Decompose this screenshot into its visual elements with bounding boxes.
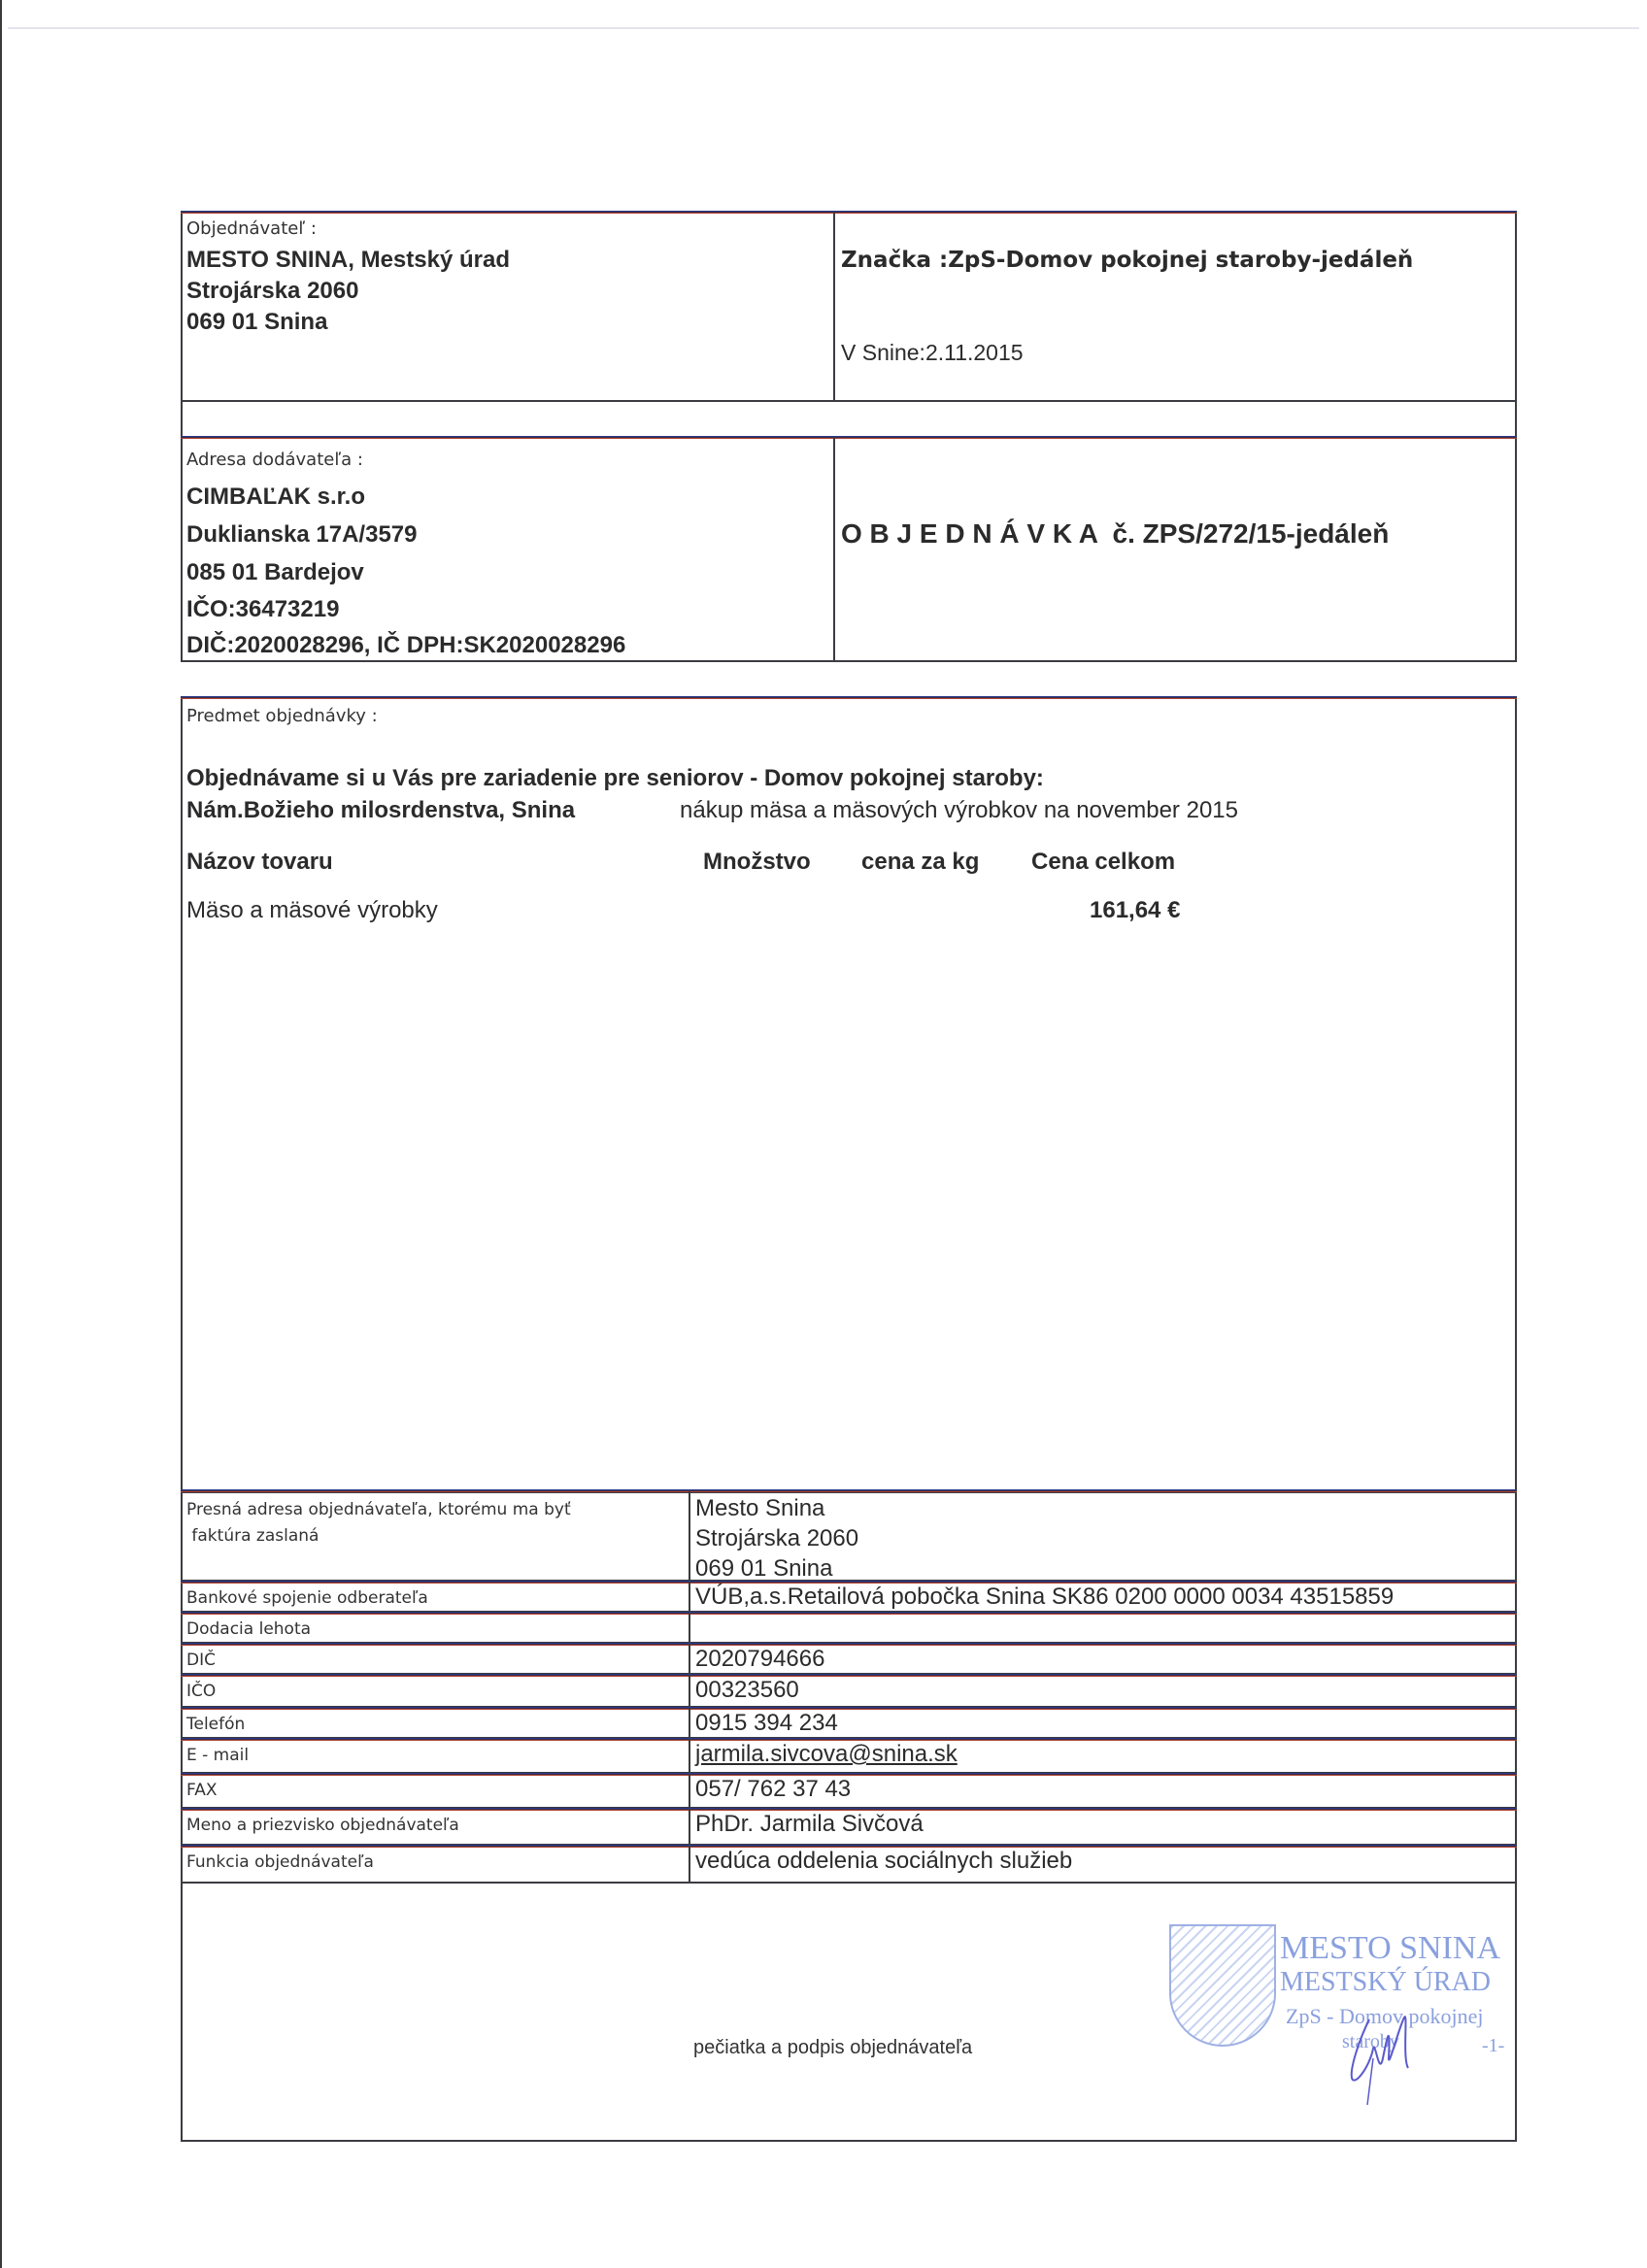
label-fax: FAX bbox=[186, 1781, 218, 1800]
value-meno-a-priezvisko-objednavatela: PhDr. Jarmila Sivčová bbox=[695, 1811, 924, 1838]
invoice-address-row-rule bbox=[181, 1489, 1517, 1492]
supplier-section bbox=[181, 437, 1517, 662]
row-dodacia-lehota-rule bbox=[181, 1612, 1517, 1615]
row-dic bbox=[181, 1644, 1517, 1675]
label-funkcia-objednavatela: Funkcia objednávateľa bbox=[186, 1852, 374, 1872]
stamp-line-1: MESTO SNINA bbox=[1280, 1930, 1500, 1967]
label-meno-a-priezvisko-objednavatela: Meno a priezvisko objednávateľa bbox=[186, 1816, 459, 1835]
order-mark: Značka :ZpS-Domov pokojnej staroby-jedál… bbox=[841, 248, 1413, 273]
row-telefon-rule bbox=[181, 1707, 1517, 1710]
orderer-city: 069 01 Snina bbox=[186, 309, 327, 336]
supplier-dic: DIČ:2020028296, IČ DPH:SK2020028296 bbox=[186, 632, 625, 659]
supplier-label: Adresa dodávateľa : bbox=[186, 450, 363, 470]
invoice-address-line: 069 01 Snina bbox=[695, 1555, 832, 1583]
row-dic-rule bbox=[181, 1643, 1517, 1646]
orderer-divider bbox=[833, 212, 835, 402]
column-unit-price: cena za kg bbox=[861, 849, 979, 876]
value-dic: 2020794666 bbox=[695, 1646, 824, 1673]
label-dodacia-lehota: Dodacia lehota bbox=[186, 1619, 311, 1639]
supplier-city: 085 01 Bardejov bbox=[186, 559, 364, 586]
row-fax-divider bbox=[689, 1774, 690, 1809]
value-funkcia-objednavatela: vedúca oddelenia sociálnych služieb bbox=[695, 1848, 1072, 1875]
signature-caption: pečiatka a podpis objednávateľa bbox=[693, 2037, 972, 2059]
orderer-top-rule bbox=[181, 211, 1517, 214]
column-total: Cena celkom bbox=[1031, 849, 1175, 876]
coat-of-arms-icon bbox=[1169, 1924, 1276, 2047]
stamp-line-2: MESTSKÝ ÚRAD bbox=[1280, 1967, 1491, 1998]
value-telefon: 0915 394 234 bbox=[695, 1710, 838, 1737]
supplier-name: CIMBAĽAK s.r.o bbox=[186, 484, 365, 511]
supplier-ico: IČO:36473219 bbox=[186, 596, 339, 623]
order-title: O B J E D N Á V K A č. ZPS/272/15-jedále… bbox=[841, 518, 1389, 550]
row-ico bbox=[181, 1675, 1517, 1708]
row-dodacia-lehota bbox=[181, 1613, 1517, 1644]
row-meno-a-priezvisko-objednavatela-divider bbox=[689, 1809, 690, 1846]
label-ico: IČO bbox=[186, 1682, 216, 1701]
row-funkcia-objednavatela-divider bbox=[689, 1846, 690, 1884]
invoice-address-label-2: faktúra zaslaná bbox=[186, 1526, 319, 1546]
orderer-section bbox=[181, 212, 1517, 402]
orderer-label: Objednávateľ : bbox=[186, 218, 317, 239]
value-e-mail[interactable]: jarmila.sivcova@snina.sk bbox=[695, 1741, 958, 1768]
value-fax: 057/ 762 37 43 bbox=[695, 1776, 851, 1803]
subject-purpose: nákup mäsa a mäsových výrobkov na novemb… bbox=[680, 797, 1238, 824]
subject-facility: Nám.Božieho milosrdenstva, Snina bbox=[186, 797, 575, 824]
row-dic-divider bbox=[689, 1644, 690, 1675]
label-e-mail: E - mail bbox=[186, 1746, 249, 1765]
invoice-address-row-divider bbox=[689, 1490, 690, 1582]
row-ico-rule bbox=[181, 1674, 1517, 1677]
subject-intro: Objednávame si u Vás pre zariadenie pre … bbox=[186, 765, 1044, 792]
row-telefon-divider bbox=[689, 1708, 690, 1739]
handwritten-signature-icon bbox=[1340, 2000, 1428, 2107]
subject-top-rule bbox=[181, 696, 1517, 699]
row-telefon bbox=[181, 1708, 1517, 1739]
value-bankove-spojenie-odberatela: VÚB,a.s.Retailová pobočka Snina SK86 020… bbox=[695, 1584, 1394, 1611]
invoice-address-line: Strojárska 2060 bbox=[695, 1525, 858, 1552]
supplier-street: Duklianska 17A/3579 bbox=[186, 521, 417, 549]
orderer-name: MESTO SNINA, Mestský úrad bbox=[186, 247, 510, 274]
place-date: V Snine:2.11.2015 bbox=[841, 340, 1024, 366]
supplier-top-rule bbox=[181, 436, 1517, 439]
value-ico: 00323560 bbox=[695, 1677, 799, 1704]
orderer-street: Strojárska 2060 bbox=[186, 278, 358, 305]
invoice-address-line: Mesto Snina bbox=[695, 1495, 824, 1522]
item-total: 161,64 € bbox=[1090, 897, 1180, 924]
item-name: Mäso a mäsové výrobky bbox=[186, 897, 438, 924]
row-ico-divider bbox=[689, 1675, 690, 1708]
label-bankove-spojenie-odberatela: Bankové spojenie odberateľa bbox=[186, 1588, 428, 1608]
column-quantity: Množstvo bbox=[703, 849, 811, 876]
page-edge bbox=[0, 0, 2, 2268]
row-dodacia-lehota-divider bbox=[689, 1613, 690, 1644]
label-telefon: Telefón bbox=[186, 1715, 245, 1734]
invoice-address-label: Presná adresa objednávateľa, ktorému ma … bbox=[186, 1500, 571, 1519]
stamp-number: -1- bbox=[1482, 2035, 1504, 2057]
row-bankove-spojenie-odberatela-divider bbox=[689, 1582, 690, 1613]
scan-edge-line bbox=[8, 27, 1639, 29]
row-e-mail-divider bbox=[689, 1739, 690, 1774]
column-item: Názov tovaru bbox=[186, 849, 333, 876]
supplier-divider bbox=[833, 437, 835, 662]
spacer-row bbox=[181, 400, 1517, 439]
subject-label: Predmet objednávky : bbox=[186, 706, 378, 726]
label-dic: DIČ bbox=[186, 1651, 216, 1670]
